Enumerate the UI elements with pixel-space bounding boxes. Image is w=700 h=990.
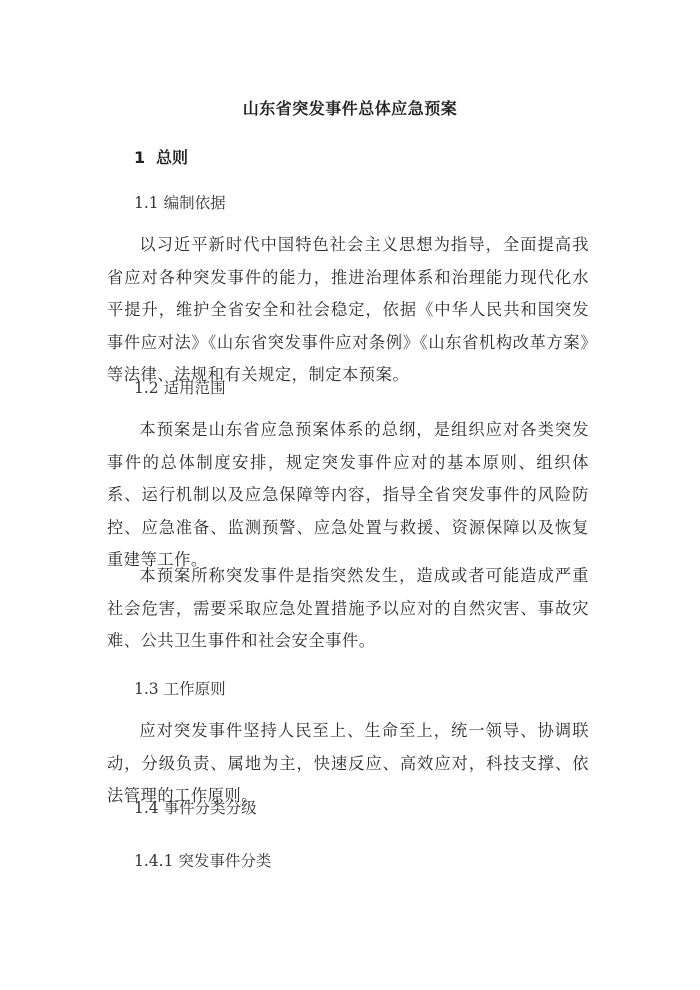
subsection-heading-1-4-1: 1.4.1 突发事件分类 [134,849,271,871]
paragraph-scope-2: 本预案所称突发事件是指突然发生，造成或者可能造成严重社会危害，需要采取应急处置措… [107,560,589,658]
section-heading-1: 1总则 [134,145,188,168]
subsection-heading-1-3: 1.3 工作原则 [134,677,226,699]
document-title: 山东省突发事件总体应急预案 [0,96,700,119]
paragraph-scope-1: 本预案是山东省应急预案体系的总纲，是组织应对各类突发事件的总体制度安排，规定突发… [107,414,589,577]
subsection-heading-1-1: 1.1 编制依据 [134,191,226,213]
subsection-heading-1-2: 1.2 适用范围 [134,376,226,398]
paragraph-basis: 以习近平新时代中国特色社会主义思想为指导，全面提高我省应对各种突发事件的能力，推… [107,229,589,392]
document-page: 山东省突发事件总体应急预案 1总则 1.1 编制依据 以习近平新时代中国特色社会… [0,0,700,990]
section-title: 总则 [156,148,188,167]
subsection-heading-1-4: 1.4 事件分类分级 [134,796,257,818]
section-number: 1 [134,148,156,167]
